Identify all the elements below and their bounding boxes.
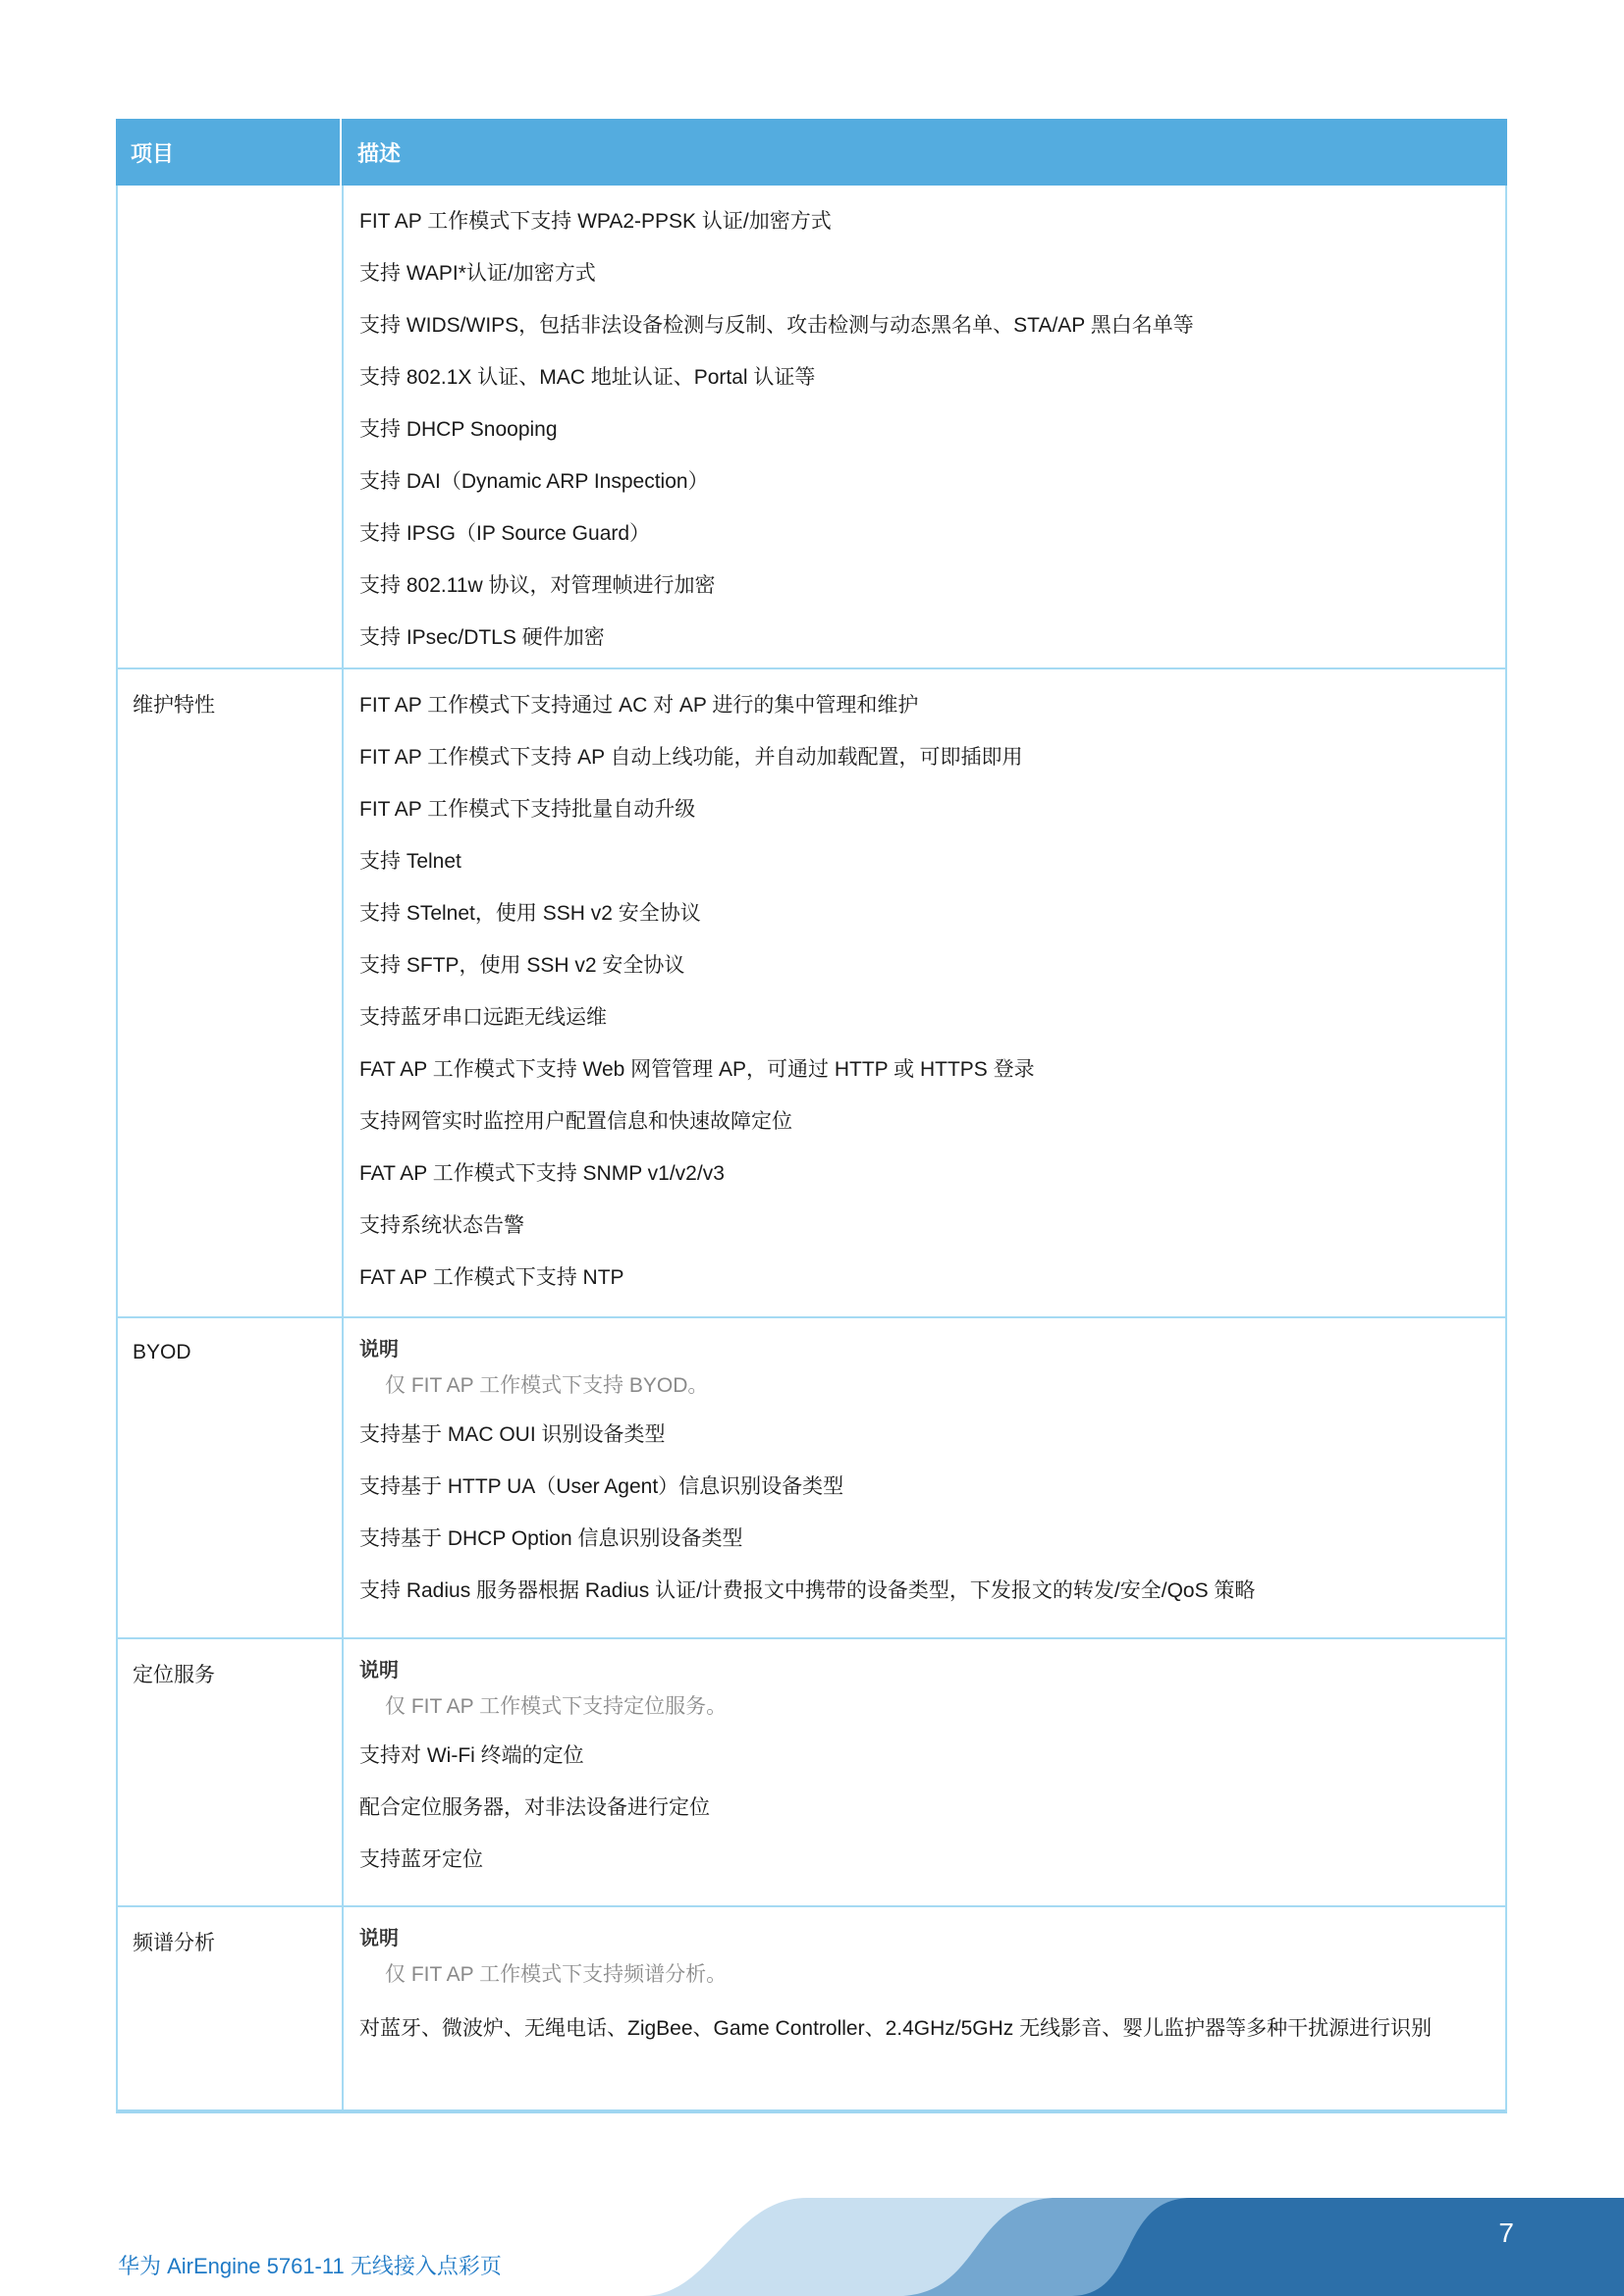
- spec-line: FIT AP 工作模式下支持 AP 自动上线功能，并自动加载配置，可即插即用: [359, 729, 1478, 781]
- row-item-label: 定位服务: [133, 1647, 332, 1699]
- spec-line: 支持对 Wi-Fi 终端的定位: [359, 1728, 1478, 1780]
- row-item-label: BYOD: [133, 1326, 332, 1378]
- table-row: FIT AP 工作模式下支持 WPA2-PPSK 认证/加密方式支持 WAPI*…: [118, 186, 1505, 667]
- page-number: 7: [1498, 2217, 1514, 2249]
- row-description-cell: 说明仅 FIT AP 工作模式下支持 BYOD。支持基于 MAC OUI 识别设…: [344, 1318, 1505, 1637]
- spec-line: 支持 Radius 服务器根据 Radius 认证/计费报文中携带的设备类型，下…: [359, 1563, 1478, 1615]
- spec-line: 支持 SFTP，使用 SSH v2 安全协议: [359, 937, 1478, 989]
- note-text: 仅 FIT AP 工作模式下支持 BYOD。: [359, 1362, 1478, 1407]
- row-description-cell: FIT AP 工作模式下支持通过 AC 对 AP 进行的集中管理和维护FIT A…: [344, 669, 1505, 1316]
- spec-paragraph: 对蓝牙、微波炉、无绳电话、ZigBee、Game Controller、2.4G…: [359, 2007, 1478, 2050]
- note-text: 仅 FIT AP 工作模式下支持定位服务。: [359, 1682, 1478, 1728]
- row-item-cell: 定位服务: [118, 1639, 344, 1905]
- note-title: 说明: [359, 1332, 1478, 1362]
- table-row: 定位服务 说明仅 FIT AP 工作模式下支持定位服务。支持对 Wi-Fi 终端…: [118, 1637, 1505, 1905]
- spec-line: 支持 WAPI*认证/加密方式: [359, 245, 1478, 297]
- spec-line: 支持 WIDS/WIPS，包括非法设备检测与反制、攻击检测与动态黑名单、STA/…: [359, 297, 1478, 349]
- spec-line: 配合定位服务器，对非法设备进行定位: [359, 1780, 1478, 1832]
- spec-line: 支持蓝牙串口远距无线运维: [359, 989, 1478, 1041]
- row-item-label: [133, 193, 332, 245]
- spec-table: 项目 描述 FIT AP 工作模式下支持 WPA2-PPSK 认证/加密方式支持…: [116, 119, 1507, 2113]
- table-row: 维护特性 FIT AP 工作模式下支持通过 AC 对 AP 进行的集中管理和维护…: [118, 667, 1505, 1316]
- table-header-item: 项目: [116, 119, 342, 186]
- note-text: 仅 FIT AP 工作模式下支持频谱分析。: [359, 1950, 1478, 1996]
- spec-line: 支持 IPsec/DTLS 硬件加密: [359, 610, 1478, 662]
- row-item-label: 频谱分析: [133, 1915, 332, 1967]
- row-item-cell: BYOD: [118, 1318, 344, 1637]
- spec-line: 支持 IPSG（IP Source Guard）: [359, 506, 1478, 558]
- table-header-row: 项目 描述: [116, 119, 1507, 186]
- footer-doc-title: 华为 AirEngine 5761-11 无线接入点彩页: [118, 2250, 502, 2280]
- datasheet-page: 项目 描述 FIT AP 工作模式下支持 WPA2-PPSK 认证/加密方式支持…: [0, 0, 1624, 2296]
- spec-line: 支持 802.11w 协议，对管理帧进行加密: [359, 558, 1478, 610]
- spec-line: FAT AP 工作模式下支持 Web 网管管理 AP，可通过 HTTP 或 HT…: [359, 1041, 1478, 1094]
- table-header-description: 描述: [342, 119, 1507, 186]
- table-row: 频谱分析 说明仅 FIT AP 工作模式下支持频谱分析。对蓝牙、微波炉、无绳电话…: [118, 1905, 1505, 2109]
- wave-dark-layer: [1072, 2198, 1624, 2296]
- row-item-cell: [118, 186, 344, 667]
- spec-line: FIT AP 工作模式下支持批量自动升级: [359, 781, 1478, 833]
- spec-line: 支持 STelnet，使用 SSH v2 安全协议: [359, 885, 1478, 937]
- spec-line: FAT AP 工作模式下支持 SNMP v1/v2/v3: [359, 1146, 1478, 1198]
- row-description-cell: 说明仅 FIT AP 工作模式下支持频谱分析。对蓝牙、微波炉、无绳电话、ZigB…: [344, 1907, 1505, 2109]
- spec-line: FAT AP 工作模式下支持 NTP: [359, 1250, 1478, 1302]
- note-block: 说明仅 FIT AP 工作模式下支持定位服务。: [359, 1653, 1478, 1728]
- row-item-label: 维护特性: [133, 677, 332, 729]
- note-block: 说明仅 FIT AP 工作模式下支持频谱分析。: [359, 1921, 1478, 1996]
- row-item-cell: 维护特性: [118, 669, 344, 1316]
- spec-line: 支持系统状态告警: [359, 1198, 1478, 1250]
- table-row: BYOD 说明仅 FIT AP 工作模式下支持 BYOD。支持基于 MAC OU…: [118, 1316, 1505, 1637]
- note-title: 说明: [359, 1921, 1478, 1950]
- spec-line: 支持 DHCP Snooping: [359, 401, 1478, 454]
- spec-line: 支持 DAI（Dynamic ARP Inspection）: [359, 454, 1478, 506]
- spec-line: 支持网管实时监控用户配置信息和快速故障定位: [359, 1094, 1478, 1146]
- spec-line: 支持 802.1X 认证、MAC 地址认证、Portal 认证等: [359, 349, 1478, 401]
- footer-wave-graphic: [0, 2198, 1624, 2296]
- spec-line: 支持 Telnet: [359, 833, 1478, 885]
- spec-line: 支持蓝牙定位: [359, 1832, 1478, 1884]
- spec-line: FIT AP 工作模式下支持通过 AC 对 AP 进行的集中管理和维护: [359, 677, 1478, 729]
- row-description-cell: 说明仅 FIT AP 工作模式下支持定位服务。支持对 Wi-Fi 终端的定位配合…: [344, 1639, 1505, 1905]
- note-block: 说明仅 FIT AP 工作模式下支持 BYOD。: [359, 1332, 1478, 1407]
- note-title: 说明: [359, 1653, 1478, 1682]
- spec-line: 支持基于 DHCP Option 信息识别设备类型: [359, 1511, 1478, 1563]
- row-description-cell: FIT AP 工作模式下支持 WPA2-PPSK 认证/加密方式支持 WAPI*…: [344, 186, 1505, 667]
- row-item-cell: 频谱分析: [118, 1907, 344, 2109]
- spec-line: 支持基于 MAC OUI 识别设备类型: [359, 1407, 1478, 1459]
- spec-line: FIT AP 工作模式下支持 WPA2-PPSK 认证/加密方式: [359, 193, 1478, 245]
- spec-line: 支持基于 HTTP UA（User Agent）信息识别设备类型: [359, 1459, 1478, 1511]
- table-body: FIT AP 工作模式下支持 WPA2-PPSK 认证/加密方式支持 WAPI*…: [116, 186, 1507, 2113]
